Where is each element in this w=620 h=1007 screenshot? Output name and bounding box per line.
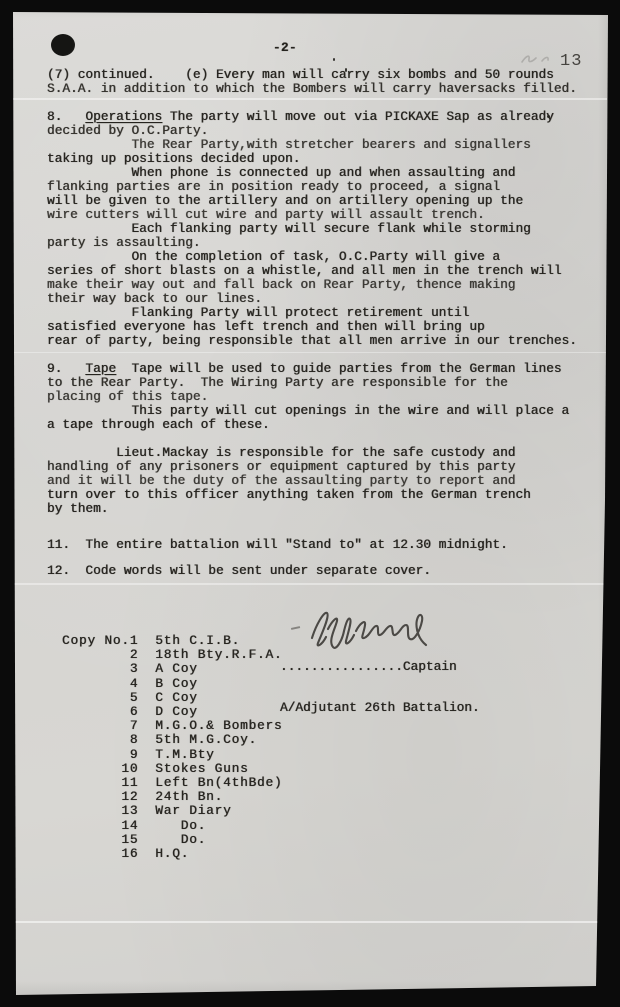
text-line: 6 D Coy [62, 705, 282, 719]
text-line: to the Rear Party. The Wiring Party are … [47, 376, 577, 390]
captain-line: ................Captain [280, 660, 480, 674]
text-line: 5 C Coy [62, 691, 282, 705]
signature-block: ................Captain A/Adjutant 26th … [280, 633, 480, 741]
text-line: handling of any prisoners or equipment c… [47, 460, 577, 474]
hole-punch-mark [51, 34, 75, 56]
text-line: taking up positions decided upon. [47, 152, 577, 166]
paper-crease [13, 921, 607, 923]
text-line: 4 B Coy [62, 677, 282, 691]
text-line: placing of this tape. [47, 390, 577, 404]
text-line: 13 War Diary [62, 804, 282, 818]
text-line: flanking parties are in position ready t… [47, 180, 577, 194]
ink-speck [333, 58, 335, 61]
text-line: a tape through each of these. [47, 418, 577, 432]
paragraph-7-continued: (7) continued. (e) Every man will carry … [47, 68, 577, 96]
text-line: (7) continued. (e) Every man will carry … [47, 68, 577, 82]
text-line: party is assaulting. [47, 236, 577, 250]
paragraph-8-operations: 8. Operations The party will move out vi… [47, 110, 577, 348]
text-line: 11. The entire battalion will "Stand to"… [47, 538, 577, 552]
text-line: rear of party, being responsible that al… [47, 334, 577, 348]
text-line: 16 H.Q. [62, 847, 282, 861]
text-line: 14 Do. [62, 819, 282, 833]
text-line: 15 Do. [62, 833, 282, 847]
paragraph-10-prisoners: Lieut.Mackay is responsible for the safe… [47, 446, 577, 516]
text-line: Copy No.1 5th C.I.B. [62, 634, 282, 648]
text-line: Flanking Party will protect retirement u… [47, 306, 577, 320]
adjutant-line: A/Adjutant 26th Battalion. [280, 701, 480, 715]
text-line: The Rear Party,with stretcher bearers an… [47, 138, 577, 152]
text-line: 9. Tape Tape will be used to guide parti… [47, 362, 577, 376]
page-number: -2- [273, 41, 297, 55]
text-line: Lieut.Mackay is responsible for the safe… [47, 446, 577, 460]
text-line: their way back to our lines. [47, 292, 577, 306]
paragraph-12-code-words: 12. Code words will be sent under separa… [47, 564, 577, 578]
text-line: decided by O.C.Party. [47, 124, 577, 138]
text-line: 9 T.M.Bty [62, 748, 282, 762]
text-line: S.A.A. in addition to which the Bombers … [47, 82, 577, 96]
text-line: wire cutters will cut wire and party wil… [47, 208, 577, 222]
paper-sheet: -2- 13 (7) continued. (e) Every man will… [0, 0, 620, 1007]
text-line: 8. Operations The party will move out vi… [47, 110, 577, 124]
text-line: 3 A Coy [62, 662, 282, 676]
paragraph-9-tape: 9. Tape Tape will be used to guide parti… [47, 362, 577, 432]
document-body: (7) continued. (e) Every man will carry … [47, 68, 577, 592]
text-line: turn over to this officer anything taken… [47, 488, 577, 502]
text-line: series of short blasts on a whistle, and… [47, 264, 577, 278]
text-line: 8 5th M.G.Coy. [62, 733, 282, 747]
text-line: On the completion of task, O.C.Party wil… [47, 250, 577, 264]
copy-distribution-list: Copy No.1 5th C.I.B. 2 18th Bty.R.F.A. 3… [62, 634, 282, 861]
text-line: When phone is connected up and when assa… [47, 166, 577, 180]
text-line: 12. Code words will be sent under separa… [47, 564, 577, 578]
text-line: Each flanking party will secure flank wh… [47, 222, 577, 236]
text-line: 12 24th Bn. [62, 790, 282, 804]
text-line: 7 M.G.O.& Bombers [62, 719, 282, 733]
text-line: 11 Left Bn(4thBde) [62, 776, 282, 790]
paragraph-11-stand-to: 11. The entire battalion will "Stand to"… [47, 538, 577, 552]
text-line: and it will be the duty of the assaultin… [47, 474, 577, 488]
text-line: satisfied everyone has left trench and t… [47, 320, 577, 334]
text-line: 2 18th Bty.R.F.A. [62, 648, 282, 662]
text-line: by them. [47, 502, 577, 516]
text-line: will be given to the artillery and on ar… [47, 194, 577, 208]
text-line: This party will cut openings in the wire… [47, 404, 577, 418]
scanned-document: -2- 13 (7) continued. (e) Every man will… [0, 0, 620, 1007]
text-line: make their way out and fall back on Rear… [47, 278, 577, 292]
text-line: 10 Stokes Guns [62, 762, 282, 776]
